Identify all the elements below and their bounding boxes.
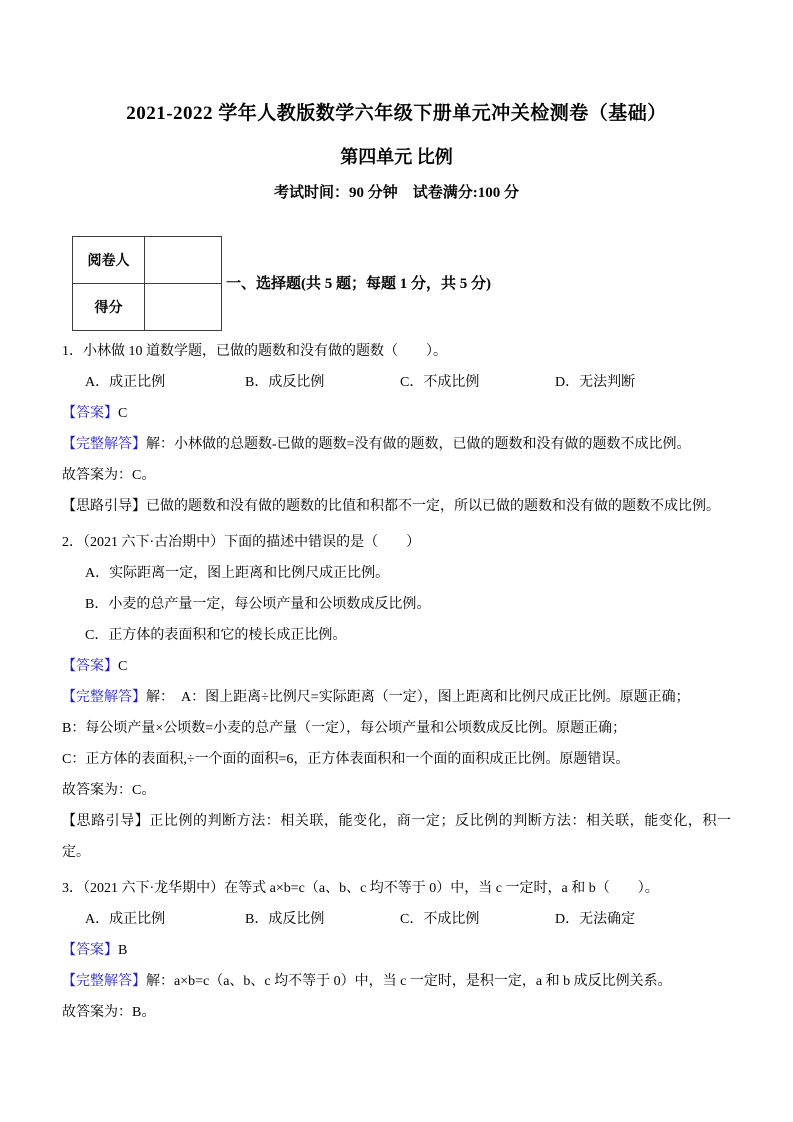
question-1-guide-line: 【思路引导】已做的题数和没有做的题数的比值和积都不一定，所以已做的题数和没有做的… xyxy=(62,491,731,522)
question-1-answer-value: C xyxy=(118,406,127,421)
question-2-answer-line: 【答案】C xyxy=(62,651,731,682)
answer-label: 【答案】 xyxy=(62,943,118,958)
question-1-option-b: B．成反比例 xyxy=(245,367,400,398)
question-3-option-b: B．成反比例 xyxy=(245,904,400,935)
question-1-option-a: A．成正比例 xyxy=(85,367,245,398)
reviewer-label-cell: 阅卷人 xyxy=(73,237,145,284)
score-table-row-reviewer: 阅卷人 xyxy=(73,237,222,284)
section-heading-choice: 一、选择题(共 5 题；每题 1 分，共 5 分) xyxy=(226,274,491,294)
guide-label: 【思路引导】 xyxy=(62,499,146,514)
solution-label: 【完整解答】 xyxy=(62,974,146,989)
question-3-option-c: C．不成比例 xyxy=(400,904,555,935)
page-title: 2021-2022 学年人教版数学六年级下册单元冲关检测卷（基础） xyxy=(62,0,731,127)
score-table: 阅卷人 得分 xyxy=(72,236,222,331)
page-subtitle: 第四单元 比例 xyxy=(62,144,731,170)
score-table-row-score: 得分 xyxy=(73,284,222,331)
score-label-cell: 得分 xyxy=(73,284,145,331)
question-2-text: 2．（2021 六下·古冶期中）下面的描述中错误的是（ ） xyxy=(62,527,731,558)
question-1-option-d: D．无法判断 xyxy=(555,367,731,398)
page-content: 2021-2022 学年人教版数学六年级下册单元冲关检测卷（基础） 第四单元 比… xyxy=(0,0,793,1028)
question-3-answer-line: 【答案】B xyxy=(62,935,731,966)
question-1-text: 1．小林做 10 道数学题，已做的题数和没有做的题数（ ）。 xyxy=(62,336,731,367)
answer-label: 【答案】 xyxy=(62,406,118,421)
question-1: 1．小林做 10 道数学题，已做的题数和没有做的题数（ ）。 A．成正比例 B．… xyxy=(62,336,731,522)
question-3-solution-line: 【完整解答】解：a×b=c（a、b、c 均不等于 0）中，当 c 一定时，是积一… xyxy=(62,966,731,997)
question-2-guide-text: 正比例的判断方法：相关联，能变化，商一定；反比例的判断方法：相关联，能变化，积一… xyxy=(62,814,731,860)
question-1-solution-line: 【完整解答】解：小林做的总题数-已做的题数=没有做的题数，已做的题数和没有做的题… xyxy=(62,429,731,460)
question-3-solution-text: 解：a×b=c（a、b、c 均不等于 0）中，当 c 一定时，是积一定，a 和 … xyxy=(146,974,672,989)
question-1-answer-line: 【答案】C xyxy=(62,398,731,429)
question-2: 2．（2021 六下·古冶期中）下面的描述中错误的是（ ） A．实际距离一定，图… xyxy=(62,527,731,868)
question-2-guide-line: 【思路引导】正比例的判断方法：相关联，能变化，商一定；反比例的判断方法：相关联，… xyxy=(62,806,731,868)
exam-info: 考试时间：90 分钟 试卷满分:100 分 xyxy=(62,183,731,204)
reviewer-value-cell xyxy=(145,237,222,284)
question-3-conclusion: 故答案为：B。 xyxy=(62,997,731,1028)
question-2-solution-text-a: 解： A：图上距离÷比例尺=实际距离（一定），图上距离和比例尺成正比例。原题正确… xyxy=(146,690,690,705)
question-3-option-a: A．成正比例 xyxy=(85,904,245,935)
question-1-conclusion: 故答案为：C。 xyxy=(62,460,731,491)
question-1-option-c: C．不成比例 xyxy=(400,367,555,398)
question-2-solution-line-c: C：正方体的表面积,÷一个面的面积=6，正方体表面积和一个面的面积成正比例。原题… xyxy=(62,744,731,775)
question-2-option-b: B．小麦的总产量一定，每公顷产量和公顷数成反比例。 xyxy=(62,589,731,620)
document-page: 2021-2022 学年人教版数学六年级下册单元冲关检测卷（基础） 第四单元 比… xyxy=(0,0,793,1122)
solution-label: 【完整解答】 xyxy=(62,690,146,705)
question-3-answer-value: B xyxy=(118,943,127,958)
question-3-text: 3．（2021 六下·龙华期中）在等式 a×b=c（a、b、c 均不等于 0）中… xyxy=(62,873,731,904)
answer-label: 【答案】 xyxy=(62,659,118,674)
question-2-conclusion: 故答案为：C。 xyxy=(62,775,731,806)
question-2-solution-line-b: B：每公顷产量×公顷数=小麦的总产量（一定），每公顷产量和公顷数成反比例。原题正… xyxy=(62,713,731,744)
question-3: 3．（2021 六下·龙华期中）在等式 a×b=c（a、b、c 均不等于 0）中… xyxy=(62,873,731,1028)
question-2-option-c: C．正方体的表面积和它的棱长成正比例。 xyxy=(62,620,731,651)
solution-label: 【完整解答】 xyxy=(62,437,146,452)
question-1-solution-text: 解：小林做的总题数-已做的题数=没有做的题数，已做的题数和没有做的题数不成比例。 xyxy=(146,437,691,452)
question-1-guide-text: 已做的题数和没有做的题数的比值和积都不一定，所以已做的题数和没有做的题数不成比例… xyxy=(146,499,720,514)
score-table-section: 阅卷人 得分 一、选择题(共 5 题；每题 1 分，共 5 分) xyxy=(62,236,731,331)
score-value-cell xyxy=(145,284,222,331)
question-3-options: A．成正比例 B．成反比例 C．不成比例 D．无法确定 xyxy=(62,904,731,935)
question-2-solution-line-a: 【完整解答】解： A：图上距离÷比例尺=实际距离（一定），图上距离和比例尺成正比… xyxy=(62,682,731,713)
question-1-options: A．成正比例 B．成反比例 C．不成比例 D．无法判断 xyxy=(62,367,731,398)
question-2-answer-value: C xyxy=(118,659,127,674)
question-2-option-a: A．实际距离一定，图上距离和比例尺成正比例。 xyxy=(62,558,731,589)
question-3-option-d: D．无法确定 xyxy=(555,904,731,935)
guide-label: 【思路引导】 xyxy=(62,814,149,829)
